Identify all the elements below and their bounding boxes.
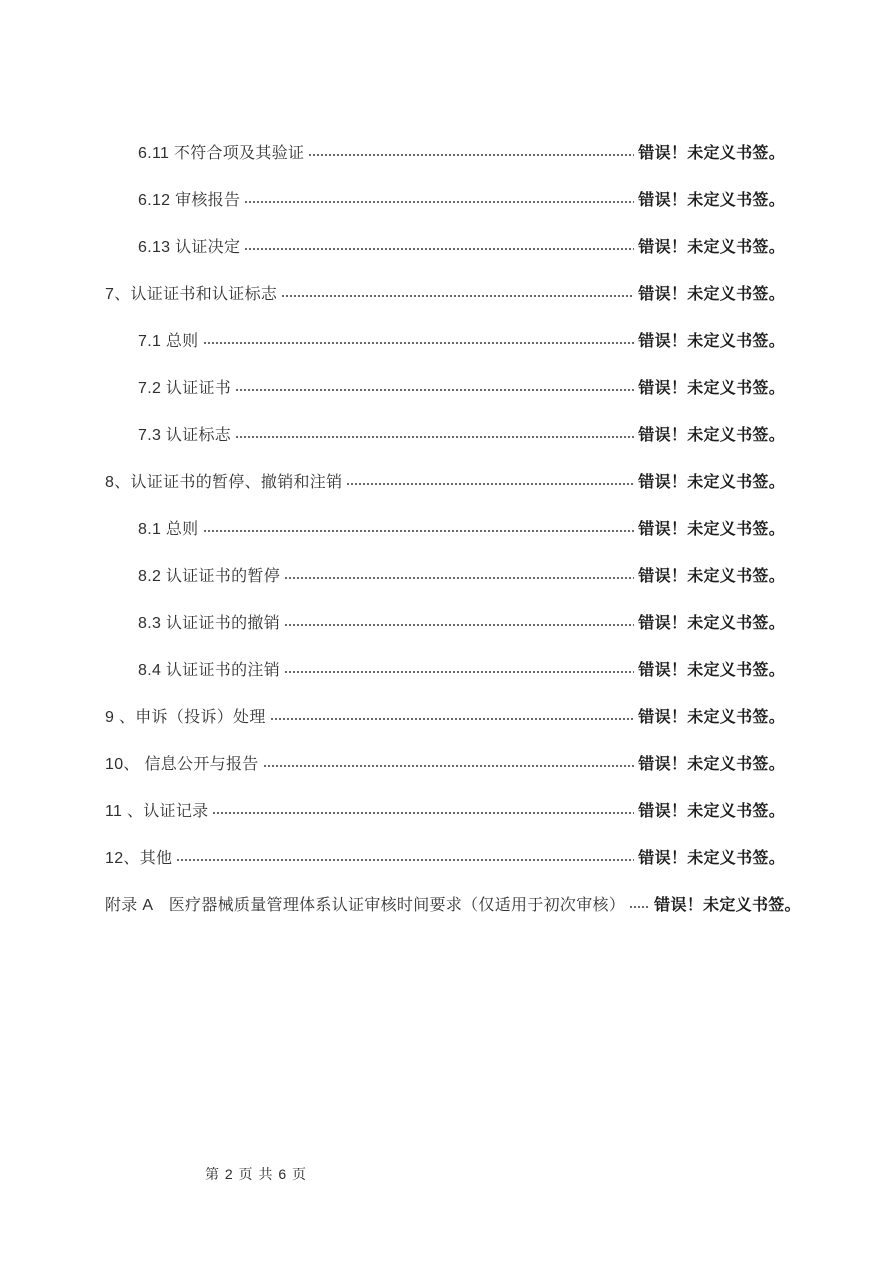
toc-entry[interactable]: 7.3 认证标志 错误！未定义书签。 bbox=[105, 422, 785, 440]
toc-entry[interactable]: 8、认证证书的暂停、撤销和注销 错误！未定义书签。 bbox=[105, 469, 785, 487]
toc-error-label: 错误！未定义书签。 bbox=[638, 281, 785, 304]
toc-entry-title: 6.12 审核报告 bbox=[138, 187, 240, 210]
toc-entry-title: 7.3 认证标志 bbox=[138, 422, 231, 445]
toc-error-label: 错误！未定义书签。 bbox=[638, 187, 785, 210]
toc-entry[interactable]: 8.3 认证证书的撤销 错误！未定义书签。 bbox=[105, 610, 785, 628]
toc-entry-title: 11 、认证记录 bbox=[105, 798, 208, 821]
toc-error-label: 错误！未定义书签。 bbox=[638, 751, 785, 774]
toc-leader-dots bbox=[285, 568, 634, 581]
toc-leader-dots bbox=[245, 239, 634, 252]
toc-leader-dots bbox=[236, 427, 634, 440]
toc-entry-title: 8、认证证书的暂停、撤销和注销 bbox=[105, 469, 342, 492]
toc-leader-dots bbox=[204, 521, 635, 534]
toc-error-label: 错误！未定义书签。 bbox=[638, 375, 785, 398]
toc-error-label: 错误！未定义书签。 bbox=[638, 328, 785, 351]
toc-error-label: 错误！未定义书签。 bbox=[638, 469, 785, 492]
toc-entry-title: 6.13 认证决定 bbox=[138, 234, 240, 257]
toc-entry-title: 8.3 认证证书的撤销 bbox=[138, 610, 280, 633]
toc-entry-title: 10、 信息公开与报告 bbox=[105, 751, 259, 774]
toc-leader-dots bbox=[245, 192, 634, 205]
toc-error-label: 错误！未定义书签。 bbox=[638, 563, 785, 586]
toc-leader-dots bbox=[236, 380, 634, 393]
document-page: 6.11 不符合项及其验证 错误！未定义书签。 6.12 审核报告 错误！未定义… bbox=[0, 0, 892, 1262]
toc-entry-title: 8.4 认证证书的注销 bbox=[138, 657, 280, 680]
toc-leader-dots bbox=[282, 286, 634, 299]
toc-entry[interactable]: 10、 信息公开与报告 错误！未定义书签。 bbox=[105, 751, 785, 769]
toc-entry[interactable]: 9 、申诉（投诉）处理 错误！未定义书签。 bbox=[105, 704, 785, 722]
table-of-contents: 6.11 不符合项及其验证 错误！未定义书签。 6.12 审核报告 错误！未定义… bbox=[105, 140, 785, 939]
toc-entry[interactable]: 8.1 总则 错误！未定义书签。 bbox=[105, 516, 785, 534]
toc-leader-dots bbox=[204, 333, 635, 346]
toc-entry-title: 6.11 不符合项及其验证 bbox=[138, 140, 304, 163]
toc-error-label: 错误！未定义书签。 bbox=[654, 892, 801, 915]
toc-error-label: 错误！未定义书签。 bbox=[638, 798, 785, 821]
toc-leader-dots bbox=[177, 850, 634, 863]
toc-entry-title: 8.1 总则 bbox=[138, 516, 199, 539]
toc-entry[interactable]: 附录 A 医疗器械质量管理体系认证审核时间要求（仅适用于初次审核） 错误！未定义… bbox=[105, 892, 785, 910]
toc-error-label: 错误！未定义书签。 bbox=[638, 422, 785, 445]
toc-entry[interactable]: 7.2 认证证书 错误！未定义书签。 bbox=[105, 375, 785, 393]
toc-error-label: 错误！未定义书签。 bbox=[638, 234, 785, 257]
toc-entry-title: 12、其他 bbox=[105, 845, 172, 868]
toc-error-label: 错误！未定义书签。 bbox=[638, 610, 785, 633]
toc-error-label: 错误！未定义书签。 bbox=[638, 845, 785, 868]
toc-entry-title: 9 、申诉（投诉）处理 bbox=[105, 704, 266, 727]
toc-leader-dots bbox=[347, 474, 634, 487]
toc-leader-dots bbox=[285, 615, 634, 628]
toc-entry[interactable]: 7.1 总则 错误！未定义书签。 bbox=[105, 328, 785, 346]
toc-entry[interactable]: 8.4 认证证书的注销 错误！未定义书签。 bbox=[105, 657, 785, 675]
toc-entry[interactable]: 6.12 审核报告 错误！未定义书签。 bbox=[105, 187, 785, 205]
toc-leader-dots bbox=[309, 145, 634, 158]
toc-leader-dots bbox=[285, 662, 634, 675]
toc-entry-title: 8.2 认证证书的暂停 bbox=[138, 563, 280, 586]
toc-entry-title: 7.2 认证证书 bbox=[138, 375, 231, 398]
toc-entry-title: 7.1 总则 bbox=[138, 328, 199, 351]
toc-error-label: 错误！未定义书签。 bbox=[638, 704, 785, 727]
toc-error-label: 错误！未定义书签。 bbox=[638, 657, 785, 680]
toc-leader-dots bbox=[271, 709, 635, 722]
toc-entry[interactable]: 7、认证证书和认证标志 错误！未定义书签。 bbox=[105, 281, 785, 299]
toc-leader-dots bbox=[264, 756, 635, 769]
toc-entry[interactable]: 8.2 认证证书的暂停 错误！未定义书签。 bbox=[105, 563, 785, 581]
toc-entry[interactable]: 11 、认证记录 错误！未定义书签。 bbox=[105, 798, 785, 816]
toc-entry[interactable]: 6.13 认证决定 错误！未定义书签。 bbox=[105, 234, 785, 252]
toc-error-label: 错误！未定义书签。 bbox=[638, 140, 785, 163]
toc-entry-title: 7、认证证书和认证标志 bbox=[105, 281, 277, 304]
toc-leader-dots bbox=[213, 803, 634, 816]
toc-entry-title: 附录 A 医疗器械质量管理体系认证审核时间要求（仅适用于初次审核） bbox=[105, 892, 625, 915]
page-number-footer: 第 2 页 共 6 页 bbox=[205, 1164, 307, 1184]
toc-entry[interactable]: 12、其他 错误！未定义书签。 bbox=[105, 845, 785, 863]
toc-entry[interactable]: 6.11 不符合项及其验证 错误！未定义书签。 bbox=[105, 140, 785, 158]
toc-error-label: 错误！未定义书签。 bbox=[638, 516, 785, 539]
toc-leader-dots bbox=[630, 897, 650, 910]
